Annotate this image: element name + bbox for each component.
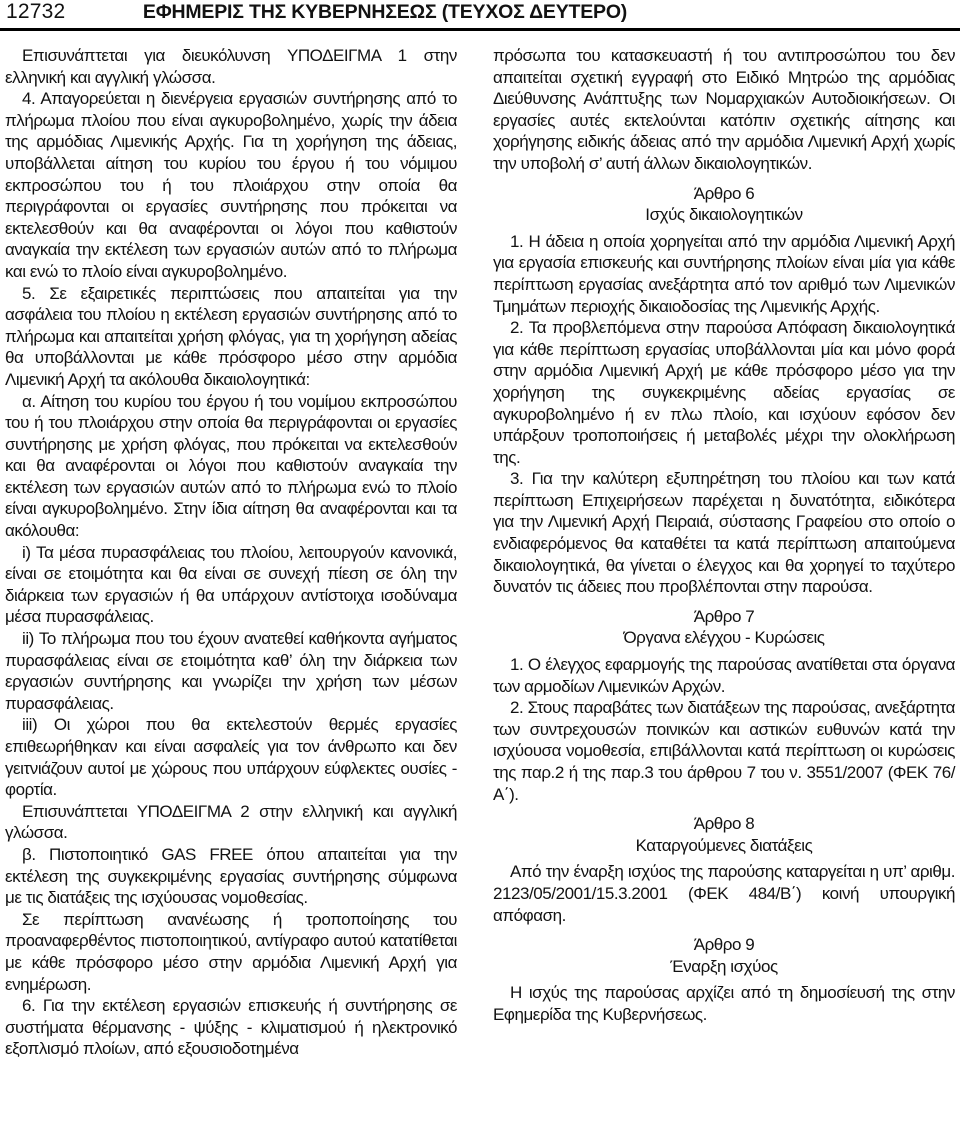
- paragraph: 1. Η άδεια η οποία χορηγείται από την αρ…: [493, 231, 955, 317]
- article-number: Άρθρο 9: [493, 934, 955, 956]
- article-title: Ισχύς δικαιολογητικών: [493, 204, 955, 226]
- article-heading: Άρθρο 7 Όργανα ελέγχου - Κυρώσεις: [493, 606, 955, 649]
- paragraph: 4. Απαγορεύεται η διενέργεια εργασιών συ…: [5, 88, 457, 282]
- paragraph: α. Αίτηση του κυρίου του έργου ή του νομ…: [5, 391, 457, 542]
- article-heading: Άρθρο 9 Έναρξη ισχύος: [493, 934, 955, 977]
- article-number: Άρθρο 6: [493, 183, 955, 205]
- paragraph: 5. Σε εξαιρετικές περιπτώσεις που απαιτε…: [5, 283, 457, 391]
- article-number: Άρθρο 8: [493, 813, 955, 835]
- left-column: Επισυνάπτεται για διευκόλυνση ΥΠΟΔΕΙΓΜΑ …: [5, 45, 457, 1060]
- paragraph: 2. Στους παραβάτες των διατάξεων της παρ…: [493, 697, 955, 805]
- right-column: πρόσωπα του κατασκευαστή ή του αντιπροσώ…: [493, 45, 955, 1060]
- paragraph: πρόσωπα του κατασκευαστή ή του αντιπροσώ…: [493, 45, 955, 175]
- article-number: Άρθρο 7: [493, 606, 955, 628]
- page-title: ΕΦΗΜΕΡΙΣ ΤΗΣ ΚΥΒΕΡΝΗΣΕΩΣ (ΤΕΥΧΟΣ ΔΕΥΤΕΡΟ…: [0, 1, 770, 24]
- article-title: Έναρξη ισχύος: [493, 956, 955, 978]
- paragraph: 3. Για την καλύτερη εξυπηρέτηση του πλοί…: [493, 468, 955, 598]
- gazette-page: 12732 ΕΦΗΜΕΡΙΣ ΤΗΣ ΚΥΒΕΡΝΗΣΕΩΣ (ΤΕΥΧΟΣ Δ…: [0, 0, 960, 1133]
- paragraph: Από την έναρξη ισχύος της παρούσης καταρ…: [493, 861, 955, 926]
- paragraph: Σε περίπτωση ανανέωσης ή τροποποίησης το…: [5, 909, 457, 995]
- paragraph: Η ισχύς της παρούσας αρχίζει από τη δημο…: [493, 982, 955, 1025]
- paragraph: i) Τα μέσα πυρασφάλειας του πλοίου, λειτ…: [5, 542, 457, 628]
- paragraph: 1. Ο έλεγχος εφαρμογής της παρούσας ανατ…: [493, 654, 955, 697]
- paragraph: 2. Τα προβλεπόμενα στην παρούσα Απόφαση …: [493, 317, 955, 468]
- paragraph: 6. Για την εκτέλεση εργασιών επισκευής ή…: [5, 995, 457, 1060]
- paragraph: Επισυνάπτεται για διευκόλυνση ΥΠΟΔΕΙΓΜΑ …: [5, 45, 457, 88]
- article-title: Καταργούμενες διατάξεις: [493, 835, 955, 857]
- article-title: Όργανα ελέγχου - Κυρώσεις: [493, 627, 955, 649]
- paragraph: β. Πιστοποιητικό GAS FREE όπου απαιτείτα…: [5, 844, 457, 909]
- page-header: 12732 ΕΦΗΜΕΡΙΣ ΤΗΣ ΚΥΒΕΡΝΗΣΕΩΣ (ΤΕΥΧΟΣ Δ…: [0, 0, 960, 25]
- document-body: Επισυνάπτεται για διευκόλυνση ΥΠΟΔΕΙΓΜΑ …: [0, 31, 960, 1060]
- paragraph: ii) Το πλήρωμα που του έχουν ανατεθεί κα…: [5, 628, 457, 714]
- article-heading: Άρθρο 6 Ισχύς δικαιολογητικών: [493, 183, 955, 226]
- paragraph: iii) Οι χώροι που θα εκτελεστούν θερμές …: [5, 714, 457, 800]
- article-heading: Άρθρο 8 Καταργούμενες διατάξεις: [493, 813, 955, 856]
- paragraph: Επισυνάπτεται ΥΠΟΔΕΙΓΜΑ 2 στην ελληνική …: [5, 801, 457, 844]
